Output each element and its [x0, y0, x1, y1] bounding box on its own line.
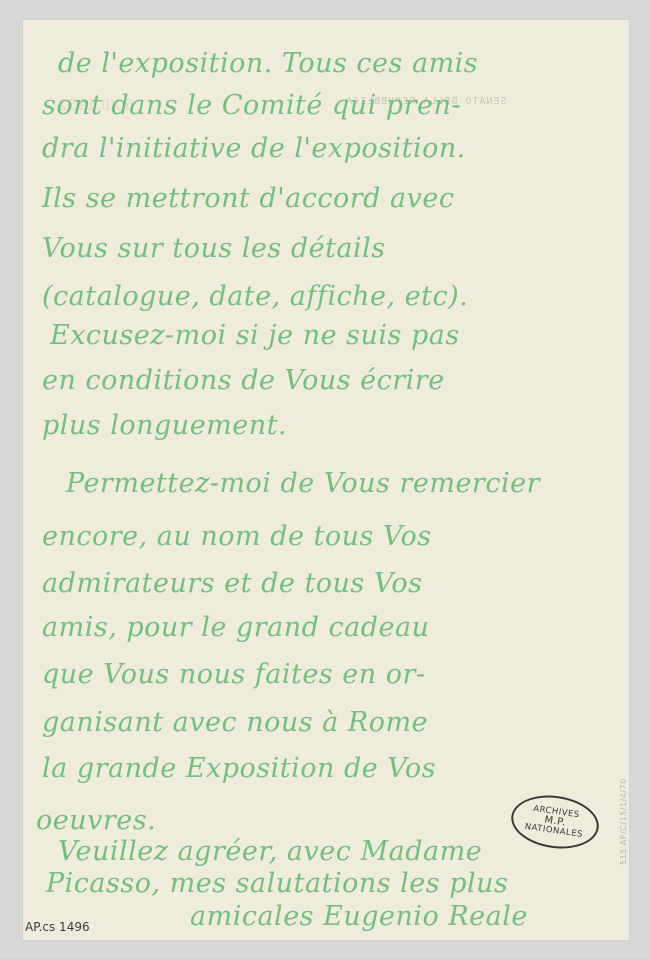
letter-line: Veuillez agréer, avec Madame	[58, 838, 482, 865]
call-number: AP.cs 1496	[25, 920, 90, 934]
letter-line: (catalogue, date, affiche, etc).	[42, 283, 468, 310]
letter-line: Permettez-moi de Vous remercier	[66, 470, 540, 497]
letter-line: amis, pour le grand cadeau	[42, 614, 429, 641]
letter-line: en conditions de Vous écrire	[42, 367, 445, 394]
letter-line: sont dans le Comité qui pren-	[42, 92, 461, 119]
letter-line: Ils se mettront d'accord avec	[42, 185, 454, 212]
side-reference: 515 AP/C/15/1/4/70	[619, 778, 628, 865]
letter-line: Vous sur tous les détails	[42, 235, 386, 262]
letter-line: dra l'initiative de l'exposition.	[42, 135, 466, 162]
letter-line: Excusez-moi si je ne suis pas	[50, 322, 460, 349]
letter-line: la grande Exposition de Vos	[42, 755, 436, 782]
letter-line: admirateurs et de tous Vos	[42, 570, 423, 597]
letter-line: de l'exposition. Tous ces amis	[58, 50, 478, 77]
letter-line: oeuvres.	[36, 807, 156, 834]
letter-line: Picasso, mes salutations les plus	[46, 870, 508, 897]
letter-line: ganisant avec nous à Rome	[42, 709, 428, 736]
letter-line: que Vous nous faites en or-	[42, 661, 426, 688]
stamp-line-nationales: NATIONALES	[524, 823, 583, 840]
letter-line: encore, au nom de tous Vos	[42, 523, 432, 550]
letter-line: plus longuement.	[42, 412, 287, 439]
signature-line: amicales Eugenio Reale	[190, 903, 528, 930]
